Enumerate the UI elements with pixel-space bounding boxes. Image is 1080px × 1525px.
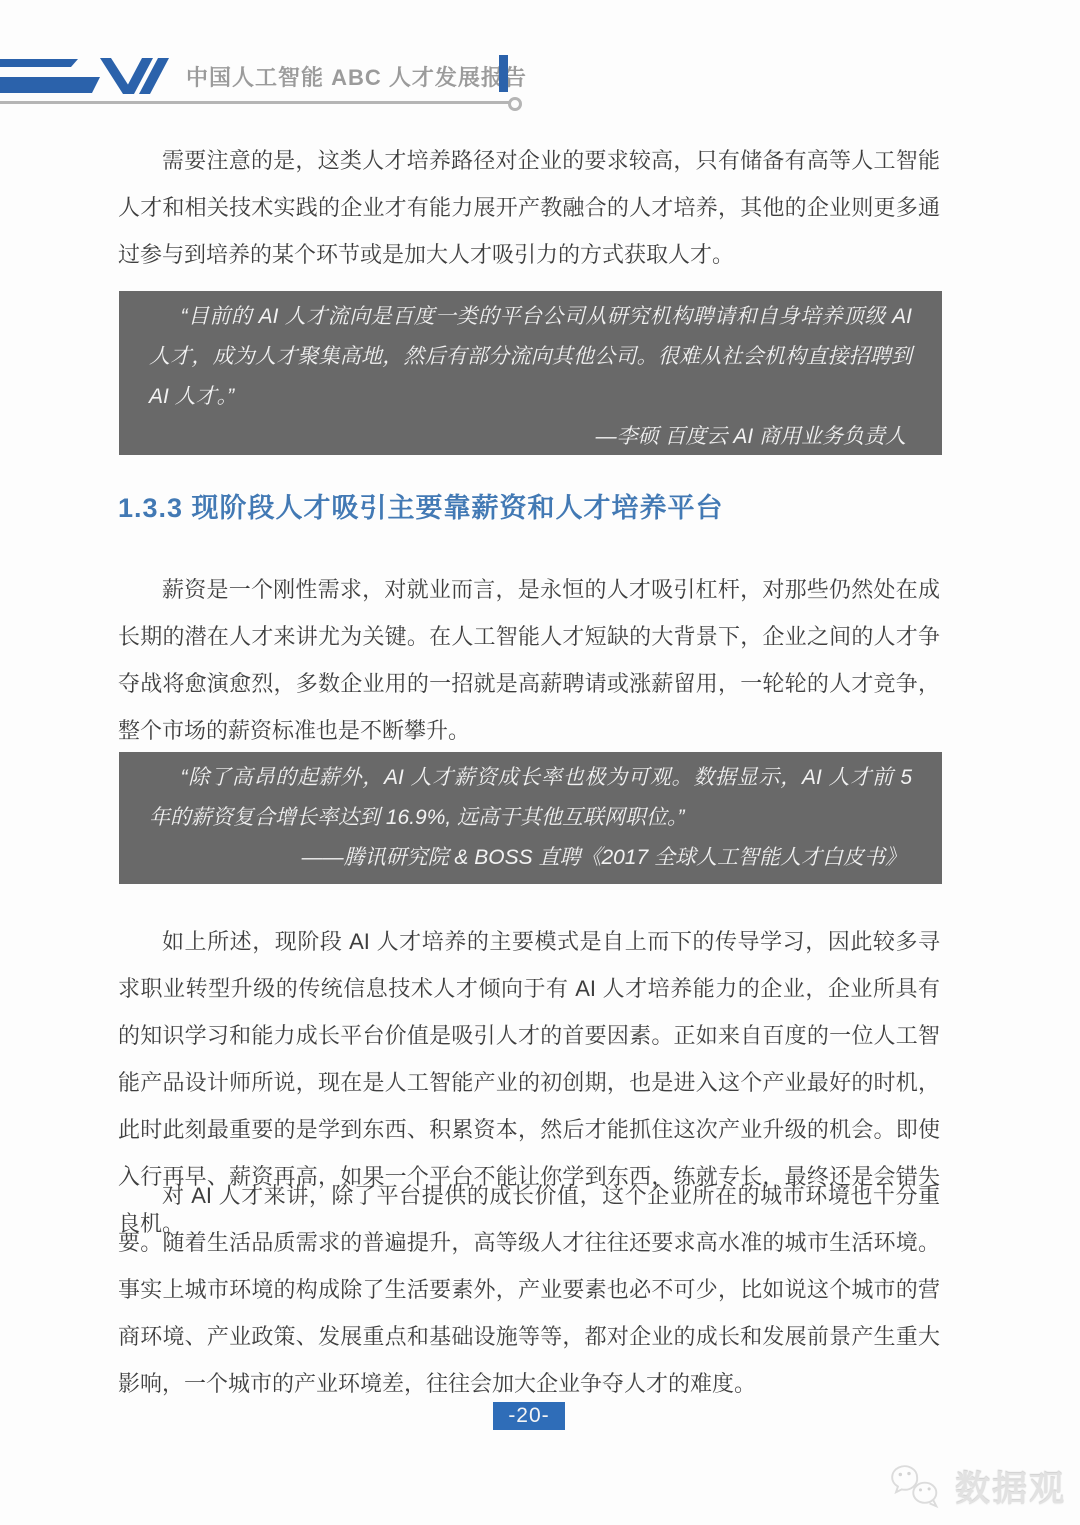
- page-number-badge: -20-: [493, 1402, 564, 1430]
- header-accent-bar: [499, 55, 508, 92]
- watermark-label: 数据观: [955, 1462, 1066, 1512]
- quote-2-attribution: ——腾讯研究院 & BOSS 直聘《2017 全球人工智能人才白皮书》: [149, 838, 912, 878]
- paragraph-4: 对 AI 人才来讲，除了平台提供的成长价值，这个企业所在的城市环境也十分重要。随…: [118, 1172, 940, 1407]
- quote-box-2: “除了高昂的起薪外，AI 人才薪资成长率也极为可观。数据显示，AI 人才前 5 …: [119, 752, 942, 884]
- page-footer: -20-: [118, 1402, 940, 1430]
- report-page: 中国人工智能 ABC 人才发展报告 需要注意的是，这类人才培养路径对企业的要求较…: [0, 0, 1080, 1525]
- wechat-icon: [891, 1463, 949, 1511]
- quote-2-text: “除了高昂的起薪外，AI 人才薪资成长率也极为可观。数据显示，AI 人才前 5 …: [149, 758, 912, 838]
- header-rule-end-dot: [508, 97, 522, 111]
- section-heading-1-3-3: 1.3.3 现阶段人才吸引主要靠薪资和人才培养平台: [118, 486, 724, 525]
- header-rule-line: [0, 101, 510, 104]
- quote-box-1: “目前的 AI 人才流向是百度一类的平台公司从研究机构聘请和自身培养顶级 AI …: [119, 291, 942, 455]
- report-logo-icon: [0, 52, 180, 98]
- quote-1-attribution: —李硕 百度云 AI 商用业务负责人: [149, 417, 912, 457]
- paragraph-1: 需要注意的是，这类人才培养路径对企业的要求较高，只有储备有高等人工智能人才和相关…: [118, 137, 940, 278]
- quote-1-text: “目前的 AI 人才流向是百度一类的平台公司从研究机构聘请和自身培养顶级 AI …: [149, 297, 912, 417]
- watermark: 数据观: [891, 1462, 1066, 1512]
- paragraph-2: 薪资是一个刚性需求，对就业而言，是永恒的人才吸引杠杆，对那些仍然处在成长期的潜在…: [118, 566, 940, 754]
- report-header-title: 中国人工智能 ABC 人才发展报告: [186, 61, 496, 92]
